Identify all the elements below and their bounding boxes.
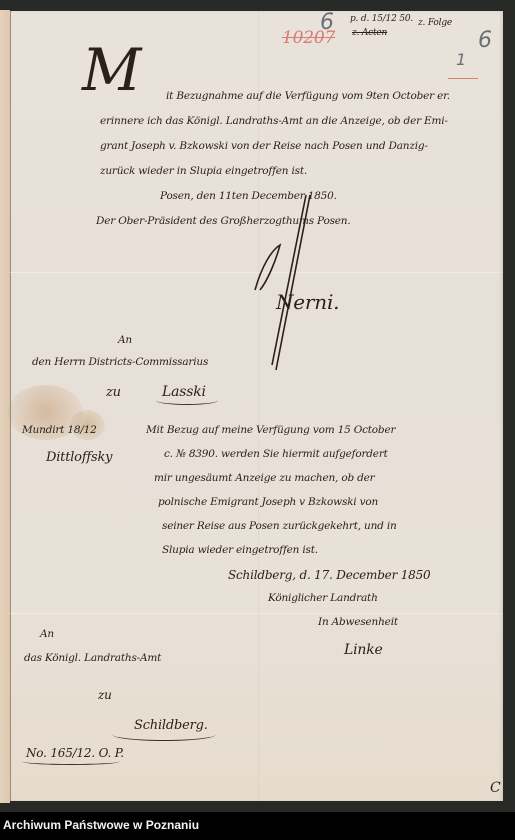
margin-note-line: Mundirt 18/12 xyxy=(22,424,97,436)
letter2-signature: Linke xyxy=(344,642,383,658)
address1-an: An xyxy=(118,334,132,346)
signature-stroke xyxy=(250,195,310,375)
pencil-note-sub: z. Acten xyxy=(352,28,387,38)
decorative-initial: M xyxy=(82,40,141,100)
letter1-line: it Bezugnahme auf die Verfügung vom 9ten… xyxy=(166,90,450,102)
letter2-line: Slupia wieder eingetroffen ist. xyxy=(162,544,318,556)
pencil-note: p. d. 15/12 50. xyxy=(350,14,413,24)
letter2-line: c. № 8390. werden Sie hiermit aufgeforde… xyxy=(164,448,388,460)
red-pencil-mark: 1 xyxy=(456,50,466,69)
place-underline xyxy=(112,728,216,741)
letter1-line: grant Joseph v. Bzkowski von der Reise n… xyxy=(100,140,428,152)
letter2-office: Königlicher Landrath xyxy=(268,592,378,604)
letter1-signature: Nerni. xyxy=(276,290,339,314)
address2-zu: zu xyxy=(98,688,112,702)
letter2-line: mir ungesäumt Anzeige zu machen, ob der xyxy=(154,472,374,484)
pencil-number-right: 6 xyxy=(478,28,492,53)
footer-bar: Archiwum Państwowe w Poznaniu xyxy=(0,812,515,840)
letter2-line: polnische Emigrant Joseph v Bzkowski von xyxy=(158,496,378,508)
letter1-sender: Der Ober-Präsident des Großherzogthums P… xyxy=(96,215,351,227)
fold-line xyxy=(10,613,502,614)
reference-underline xyxy=(22,758,120,765)
corner-mark: C xyxy=(490,780,501,796)
address2-recipient: das Königl. Landraths-Amt xyxy=(24,652,161,664)
pencil-note-right: z. Folge xyxy=(418,18,452,28)
place-underline xyxy=(156,396,218,405)
address2-an: An xyxy=(40,628,54,640)
red-pencil-stroke xyxy=(448,78,478,79)
red-archive-number: 10207 xyxy=(282,28,335,48)
margin-note-signature: Dittloffsky xyxy=(46,450,112,465)
letter2-line: seiner Reise aus Posen zurückgekehrt, un… xyxy=(162,520,397,532)
archive-name: Archiwum Państwowe w Poznaniu xyxy=(3,818,199,832)
letter1-line: erinnere ich das Königl. Landraths-Amt a… xyxy=(100,115,448,127)
address1-recipient: den Herrn Districts-Commissarius xyxy=(32,356,208,368)
letter2-line: Mit Bezug auf meine Verfügung vom 15 Oct… xyxy=(146,424,395,436)
letter1-line: zurück wieder in Slupia eingetroffen ist… xyxy=(100,165,307,177)
document-page xyxy=(10,11,503,801)
fold-line xyxy=(258,11,259,801)
letter2-date: Schildberg, d. 17. December 1850 xyxy=(228,568,430,582)
address1-zu: zu xyxy=(106,385,121,400)
letter2-deputy: In Abwesenheit xyxy=(318,616,398,628)
